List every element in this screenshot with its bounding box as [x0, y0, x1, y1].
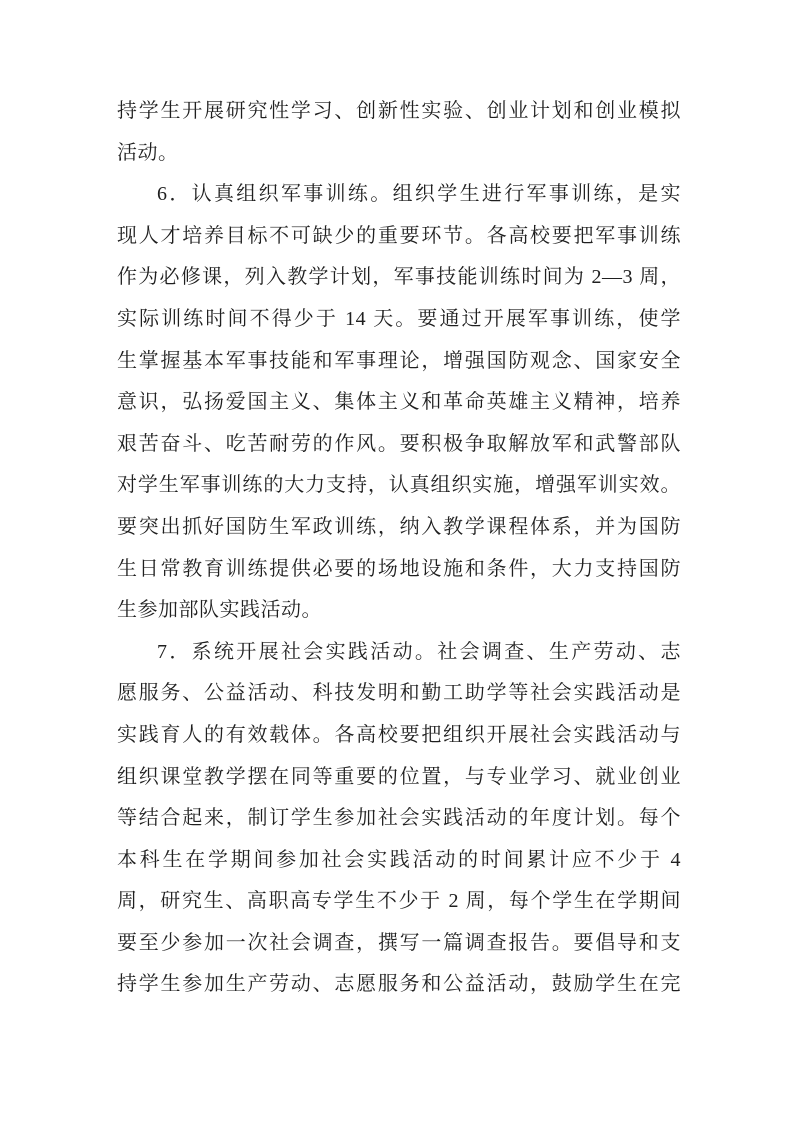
text-line: 周，研究生、高职高专学生不少于 2 周，每个学生在学期间 — [117, 881, 681, 923]
text-line: 愿服务、公益活动、科技发明和勤工助学等社会实践活动是 — [117, 673, 681, 715]
document-body: 持学生开展研究性学习、创新性实验、创业计划和创业模拟 活动。 6．认真组织军事训… — [117, 91, 681, 1006]
text-line: 持学生参加生产劳动、志愿服务和公益活动，鼓励学生在完 — [117, 964, 681, 1006]
text-line: 生掌握基本军事技能和军事理论，增强国防观念、国家安全 — [117, 341, 681, 383]
text-line: 要至少参加一次社会调查，撰写一篇调查报告。要倡导和支 — [117, 923, 681, 965]
text-line: 现人才培养目标不可缺少的重要环节。各高校要把军事训练 — [117, 216, 681, 258]
text-line-paragraph-end: 生参加部队实践活动。 — [117, 590, 681, 632]
text-line: 本科生在学期间参加社会实践活动的时间累计应不少于 4 — [117, 840, 681, 882]
text-line: 作为必修课，列入教学计划，军事技能训练时间为 2—3 周， — [117, 257, 681, 299]
text-line: 组织课堂教学摆在同等重要的位置，与专业学习、就业创业 — [117, 757, 681, 799]
text-line: 艰苦奋斗、吃苦耐劳的作风。要积极争取解放军和武警部队 — [117, 424, 681, 466]
text-line-item-7-start: 7．系统开展社会实践活动。社会调查、生产劳动、志 — [117, 632, 681, 674]
text-line: 意识，弘扬爱国主义、集体主义和革命英雄主义精神，培养 — [117, 382, 681, 424]
text-line-paragraph-end: 活动。 — [117, 133, 681, 175]
text-line: 等结合起来，制订学生参加社会实践活动的年度计划。每个 — [117, 798, 681, 840]
text-line: 生日常教育训练提供必要的场地设施和条件，大力支持国防 — [117, 549, 681, 591]
text-line: 实践育人的有效载体。各高校要把组织开展社会实践活动与 — [117, 715, 681, 757]
text-line: 要突出抓好国防生军政训练，纳入教学课程体系，并为国防 — [117, 507, 681, 549]
text-line: 实际训练时间不得少于 14 天。要通过开展军事训练，使学 — [117, 299, 681, 341]
text-line-item-6-start: 6．认真组织军事训练。组织学生进行军事训练，是实 — [117, 174, 681, 216]
text-line: 持学生开展研究性学习、创新性实验、创业计划和创业模拟 — [117, 91, 681, 133]
text-line: 对学生军事训练的大力支持，认真组织实施，增强军训实效。 — [117, 465, 681, 507]
document-page: 持学生开展研究性学习、创新性实验、创业计划和创业模拟 活动。 6．认真组织军事训… — [0, 0, 793, 1122]
